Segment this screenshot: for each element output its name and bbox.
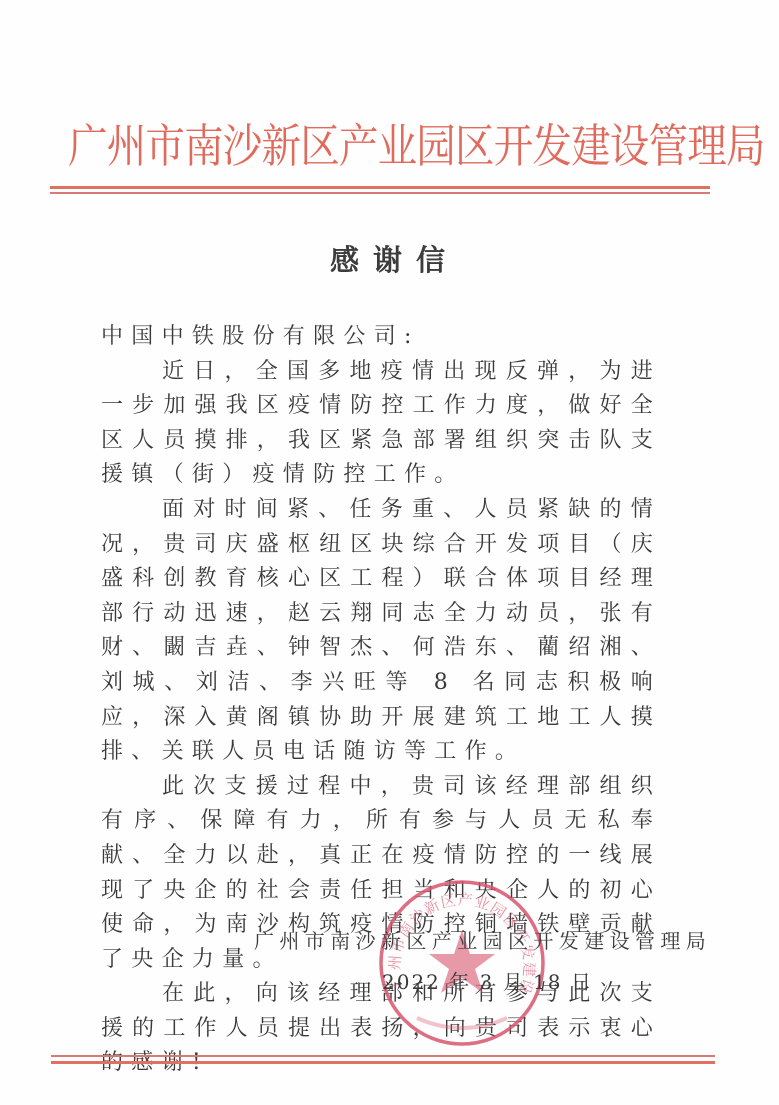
salutation: 中国中铁股份有限公司: [101, 320, 661, 355]
paragraph-1: 近日，全国多地疫情出现反弹，为进一步加强我区疫情防控工作力度，做好全区人员摸排，… [101, 355, 661, 493]
footer-rule-thick [51, 1061, 715, 1064]
official-seal: 广州市南沙新区产业园区开发建设管理局 [377, 878, 547, 1048]
letter-page: 广州市南沙新区产业园区开发建设管理局 感谢信 中国中铁股份有限公司: 近日，全国… [0, 0, 779, 1105]
paragraph-2: 面对时间紧、任务重、人员紧缺的情况，贵司庆盛枢纽区块综合开发项目（庆盛科创教育核… [101, 493, 661, 770]
document-title: 感谢信 [0, 242, 779, 278]
signature-date: 2022 年 3 月 18 日 [382, 967, 593, 997]
letterhead-rule-thick [50, 186, 710, 189]
letterhead-rule-thin [50, 192, 710, 194]
signature-organization: 广州市南沙新区产业园区开发建设管理局 [254, 926, 711, 956]
letterhead-title: 广州市南沙新区产业园区开发建设管理局 [68, 116, 610, 176]
footer-rule-thin [51, 1055, 715, 1057]
